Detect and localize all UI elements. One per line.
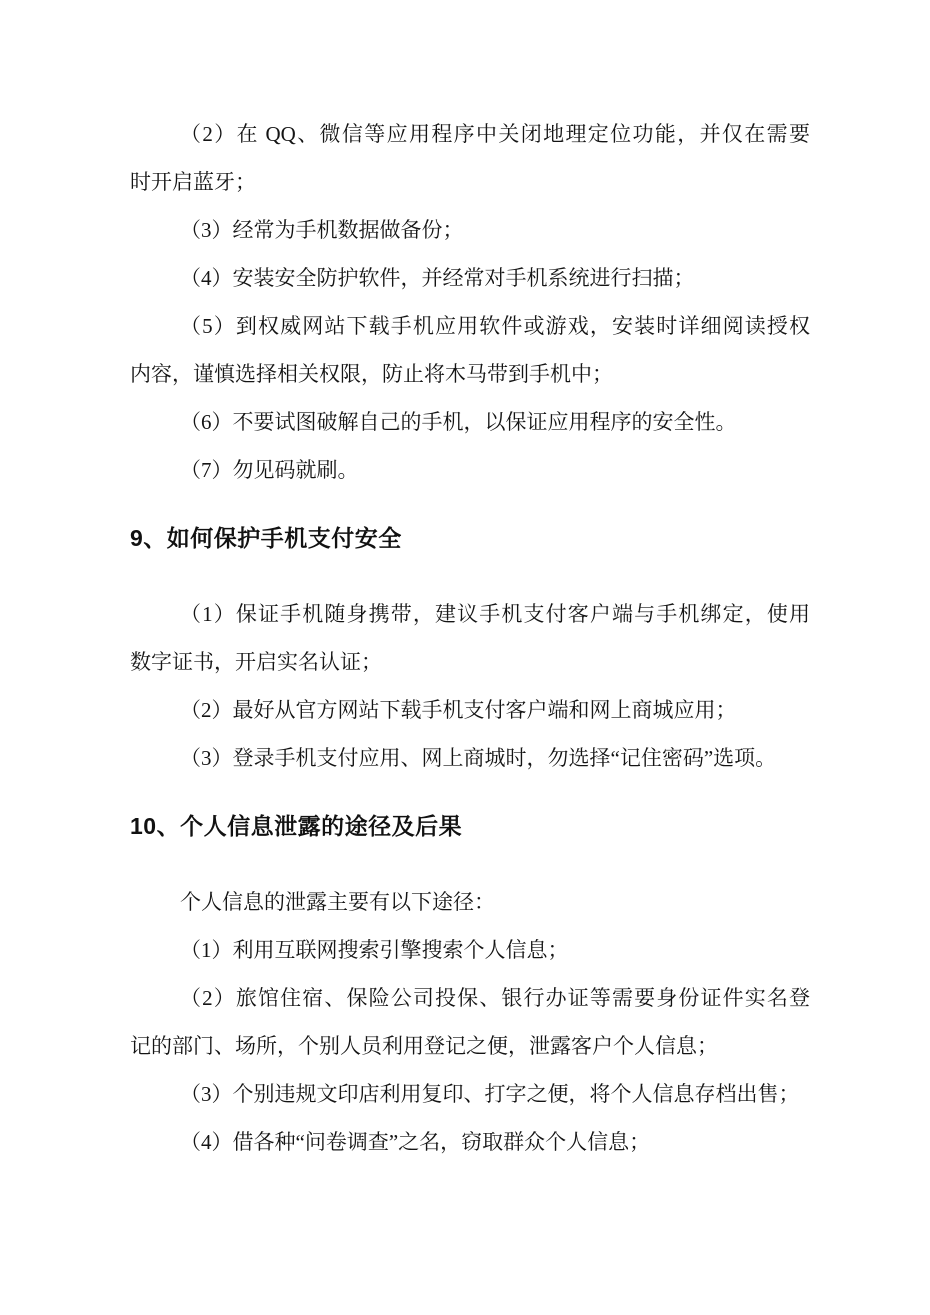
text-line: （3）登录手机支付应用、网上商城时，勿选择“记住密码”选项。 — [130, 734, 810, 782]
text-line: 个人信息的泄露主要有以下途径： — [130, 878, 810, 926]
document-page: （2）在 QQ、微信等应用程序中关闭地理定位功能，并仅在需要时开启蓝牙；（3）经… — [0, 0, 930, 1315]
text-line: （3）经常为手机数据做备份； — [130, 206, 810, 254]
text-line: 内容，谨慎选择相关权限，防止将木马带到手机中； — [130, 350, 810, 398]
text-line: （1）保证手机随身携带，建议手机支付客户端与手机绑定，使用 — [130, 590, 810, 638]
section-heading: 10、个人信息泄露的途径及后果 — [130, 802, 810, 850]
text-line: （5）到权威网站下载手机应用软件或游戏，安装时详细阅读授权 — [130, 302, 810, 350]
text-line: （4）安装安全防护软件，并经常对手机系统进行扫描； — [130, 254, 810, 302]
text-line: （2）最好从官方网站下载手机支付客户端和网上商城应用； — [130, 686, 810, 734]
text-line: （2）在 QQ、微信等应用程序中关闭地理定位功能，并仅在需要 — [130, 110, 810, 158]
text-line: 数字证书，开启实名认证； — [130, 638, 810, 686]
document-body: （2）在 QQ、微信等应用程序中关闭地理定位功能，并仅在需要时开启蓝牙；（3）经… — [130, 110, 810, 1166]
text-line: （6）不要试图破解自己的手机，以保证应用程序的安全性。 — [130, 398, 810, 446]
section-heading: 9、如何保护手机支付安全 — [130, 514, 810, 562]
text-line: 时开启蓝牙； — [130, 158, 810, 206]
text-line: （7）勿见码就刷。 — [130, 446, 810, 494]
text-line: （3）个别违规文印店利用复印、打字之便，将个人信息存档出售； — [130, 1070, 810, 1118]
text-line: （4）借各种“问卷调查”之名，窃取群众个人信息； — [130, 1118, 810, 1166]
text-line: （2）旅馆住宿、保险公司投保、银行办证等需要身份证件实名登 — [130, 974, 810, 1022]
text-line: 记的部门、场所，个别人员利用登记之便，泄露客户个人信息； — [130, 1022, 810, 1070]
text-line: （1）利用互联网搜索引擎搜索个人信息； — [130, 926, 810, 974]
